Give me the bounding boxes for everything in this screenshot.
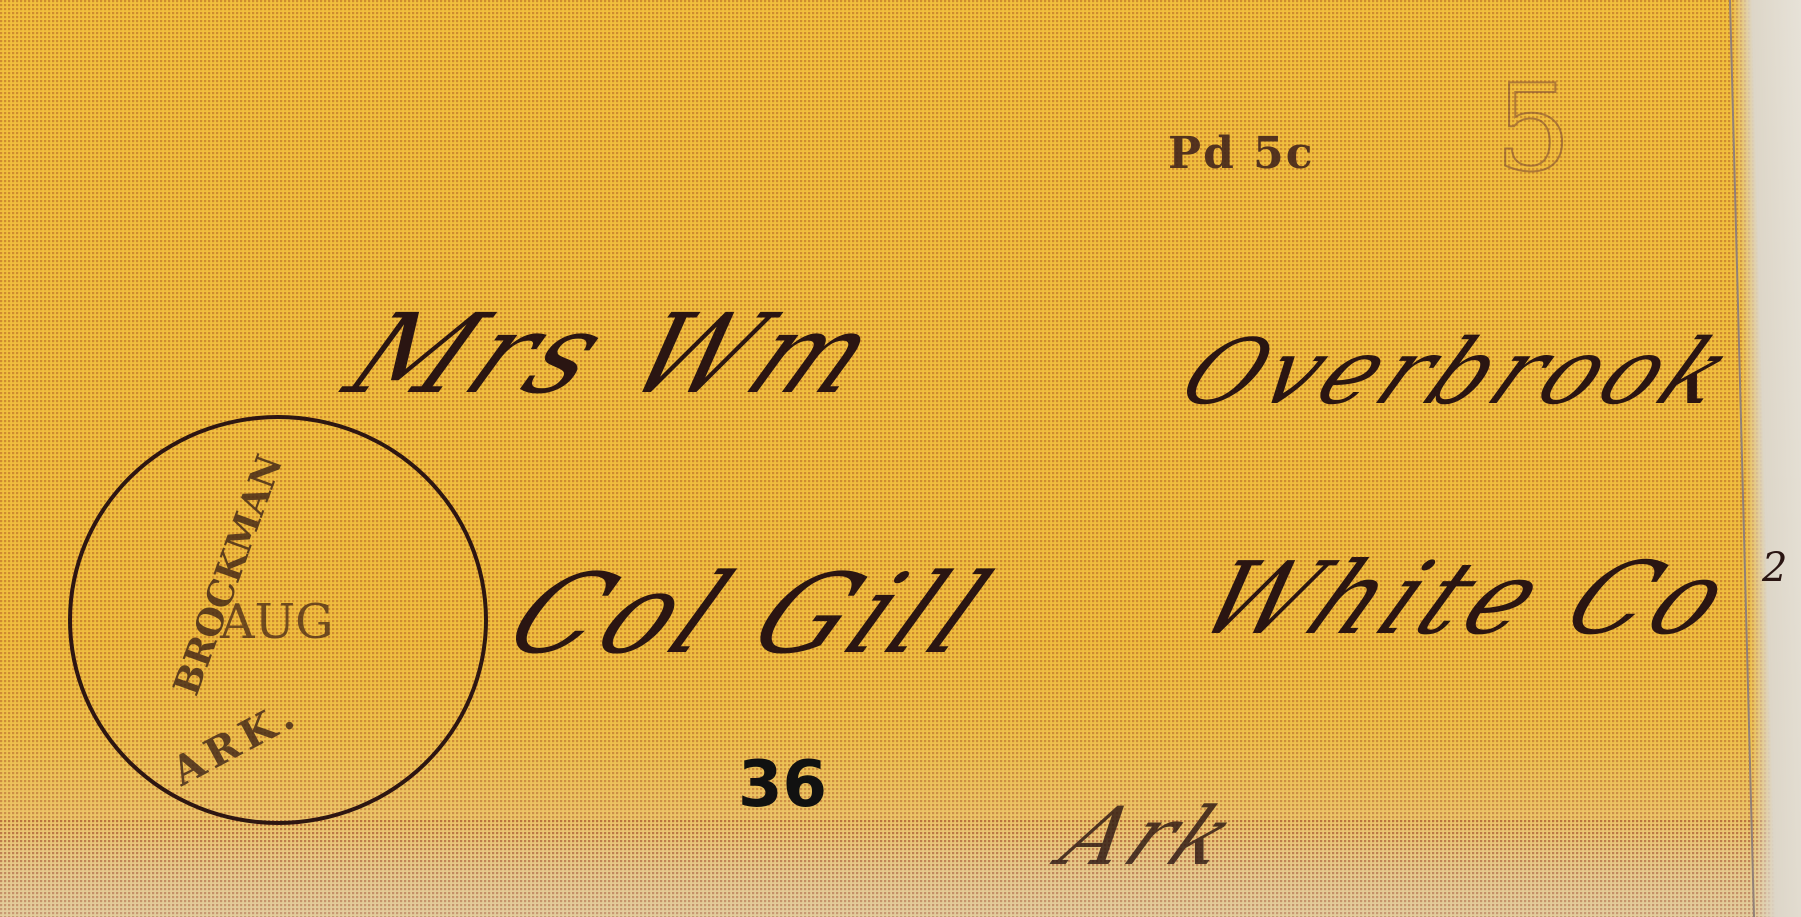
- postmark-state: ARK.: [164, 690, 307, 796]
- rate-mark: 5: [1495, 60, 1571, 199]
- address-line-2-left: Col Gill: [486, 550, 1016, 678]
- postmark-circle: BROCKMAN AUG ARK.: [68, 415, 488, 825]
- page-number: 36: [738, 748, 827, 822]
- address-line-1-left: Mrs Wm: [326, 290, 904, 418]
- margin-note: 2: [1762, 545, 1787, 591]
- postmark-month: AUG: [220, 594, 333, 650]
- paper-lower-band: [0, 820, 1801, 917]
- postmark-town-text: BROCKMAN: [165, 449, 291, 700]
- address-line-1-right: Overbrook: [1162, 320, 1756, 425]
- address-line-2-right: White Co: [1179, 540, 1756, 657]
- docket-notation: Pd 5c: [1168, 128, 1315, 179]
